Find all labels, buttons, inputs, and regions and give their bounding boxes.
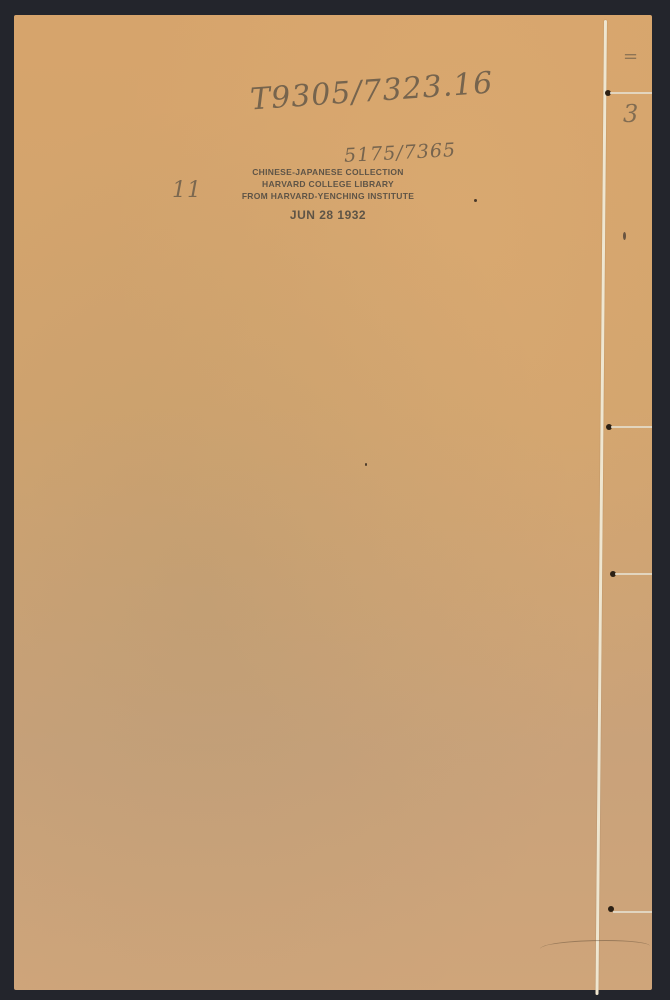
- book-cover: [14, 15, 652, 990]
- binding-stitch: [610, 92, 652, 94]
- spine-mark-bottom: 3: [623, 100, 639, 128]
- stamp-line: FROM HARVARD-YENCHING INSTITUTE: [228, 190, 428, 202]
- paper-speck: [365, 463, 367, 466]
- stamp-date: JUN 28 1932: [228, 208, 428, 222]
- binding-stitch: [613, 911, 652, 913]
- paper-speck: [623, 232, 626, 240]
- spine-mark-top: =: [623, 46, 639, 67]
- binding-stitch: [611, 426, 652, 428]
- stamp-line: CHINESE-JAPANESE COLLECTION: [228, 166, 428, 178]
- library-stamp: CHINESE-JAPANESE COLLECTION HARVARD COLL…: [228, 166, 428, 222]
- stamp-line: HARVARD COLLEGE LIBRARY: [228, 178, 428, 190]
- page-crease: [540, 940, 650, 955]
- paper-speck: [474, 199, 477, 202]
- handwritten-margin-mark: 11: [172, 178, 202, 203]
- binding-stitch: [615, 573, 652, 575]
